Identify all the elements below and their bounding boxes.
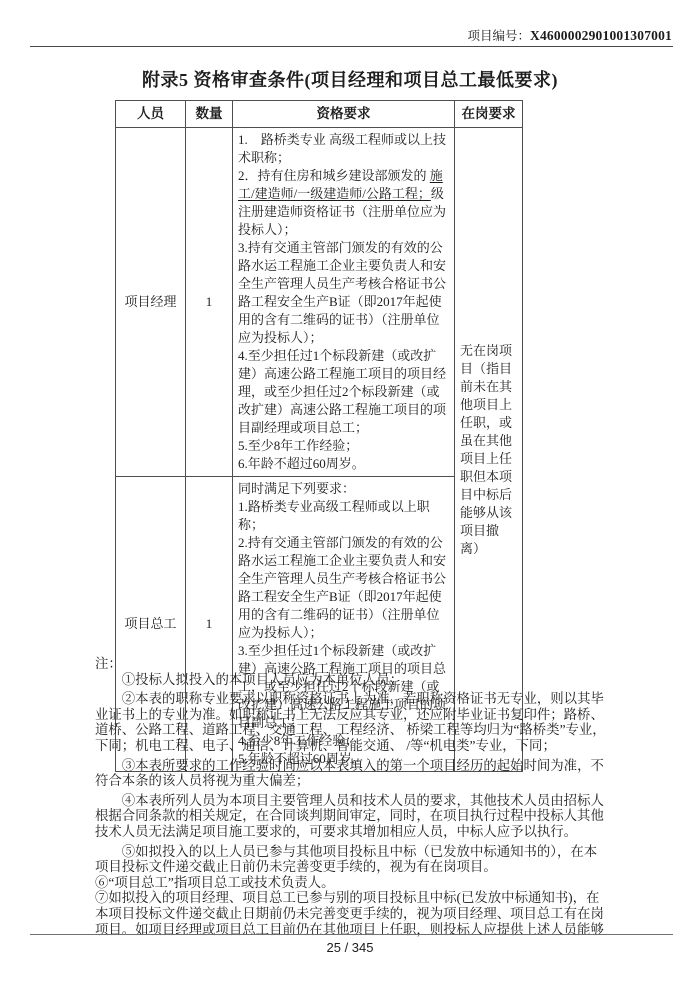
col-header-qualification: 资格要求 <box>233 101 455 128</box>
note-item: ②本表的职称专业要求以职称资格证书上为准，若职称资格证书无专业，则以其毕业证书上… <box>95 691 607 753</box>
requirement-intro: 同时满足下列要求： <box>238 480 449 498</box>
requirements-cell: 1. 路桥类专业 高级工程师或以上技术职称； 2．持有住房和城乡建设部颁发的 施… <box>233 128 455 477</box>
note-item: ⑤如拟投入的以上人员已参与其他项目投标且中标（已发放中标通知书的），在本项目投标… <box>95 844 607 875</box>
quantity-cell: 1 <box>186 128 233 477</box>
page-title: 附录5 资格审查条件(项目经理和项目总工最低要求) <box>0 66 700 92</box>
note-item: ⑦如拟投入的项目经理、项目总工已参与别的项目投标且中标(已发放中标通知书)，在本… <box>95 890 607 937</box>
notes-label: 注： <box>95 656 607 672</box>
requirement-item: 2.持有交通主管部门颁发的有效的公路水运工程施工企业主要负责人和安全生产管理人员… <box>238 534 449 642</box>
col-header-personnel: 人员 <box>116 101 186 128</box>
table-row-project-manager: 项目经理 1 1. 路桥类专业 高级工程师或以上技术职称； 2．持有住房和城乡建… <box>116 128 523 477</box>
note-item: ③本表所要求的工作经验时间应以本表填入的第一个项目经历的起始时间为准，不符合本条… <box>95 758 607 789</box>
note-item: ⑥“项目总工”指项目总工或技术负责人。 <box>95 875 607 891</box>
project-number-value: X4600002901001307001 <box>530 28 672 43</box>
page-header: 项目编号：X4600002901001307001 <box>467 26 672 44</box>
requirement-item: 3.持有交通主管部门颁发的有效的公路水运工程施工企业主要负责人和安全生产管理人员… <box>238 239 449 347</box>
note-item: ①投标人拟投入的本项目人员应为本单位人员； <box>95 672 607 688</box>
note-item: ④本表所列人员为本项目主要管理人员和技术人员的要求，其他技术人员由招标人根据合同… <box>95 793 607 840</box>
requirement-item: 1. 路桥类专业 高级工程师或以上技术职称； <box>238 131 449 167</box>
header-divider <box>30 46 673 47</box>
footer-divider <box>30 934 673 935</box>
page-number: 25 / 345 <box>0 940 700 955</box>
project-number-label: 项目编号： <box>467 29 530 43</box>
requirement-item: 1.路桥类专业高级工程师或以上职称； <box>238 498 449 534</box>
requirement-item: 5.至少8年工作经验； <box>238 437 449 455</box>
table-header-row: 人员 数量 资格要求 在岗要求 <box>116 101 523 128</box>
requirement-item: 6.年龄不超过60周岁。 <box>238 455 449 473</box>
col-header-onduty: 在岗要求 <box>455 101 523 128</box>
role-cell: 项目经理 <box>116 128 186 477</box>
requirement-item: 2．持有住房和城乡建设部颁发的 施工/建造师/一级建造师/公路工程；级注册建造师… <box>238 167 449 239</box>
requirement-item: 4.至少担任过1个标段新建（或改扩建）高速公路工程施工项目的项目经理，或至少担任… <box>238 347 449 437</box>
col-header-quantity: 数量 <box>186 101 233 128</box>
notes-section: 注： ①投标人拟投入的本项目人员应为本单位人员； ②本表的职称专业要求以职称资格… <box>95 656 607 937</box>
